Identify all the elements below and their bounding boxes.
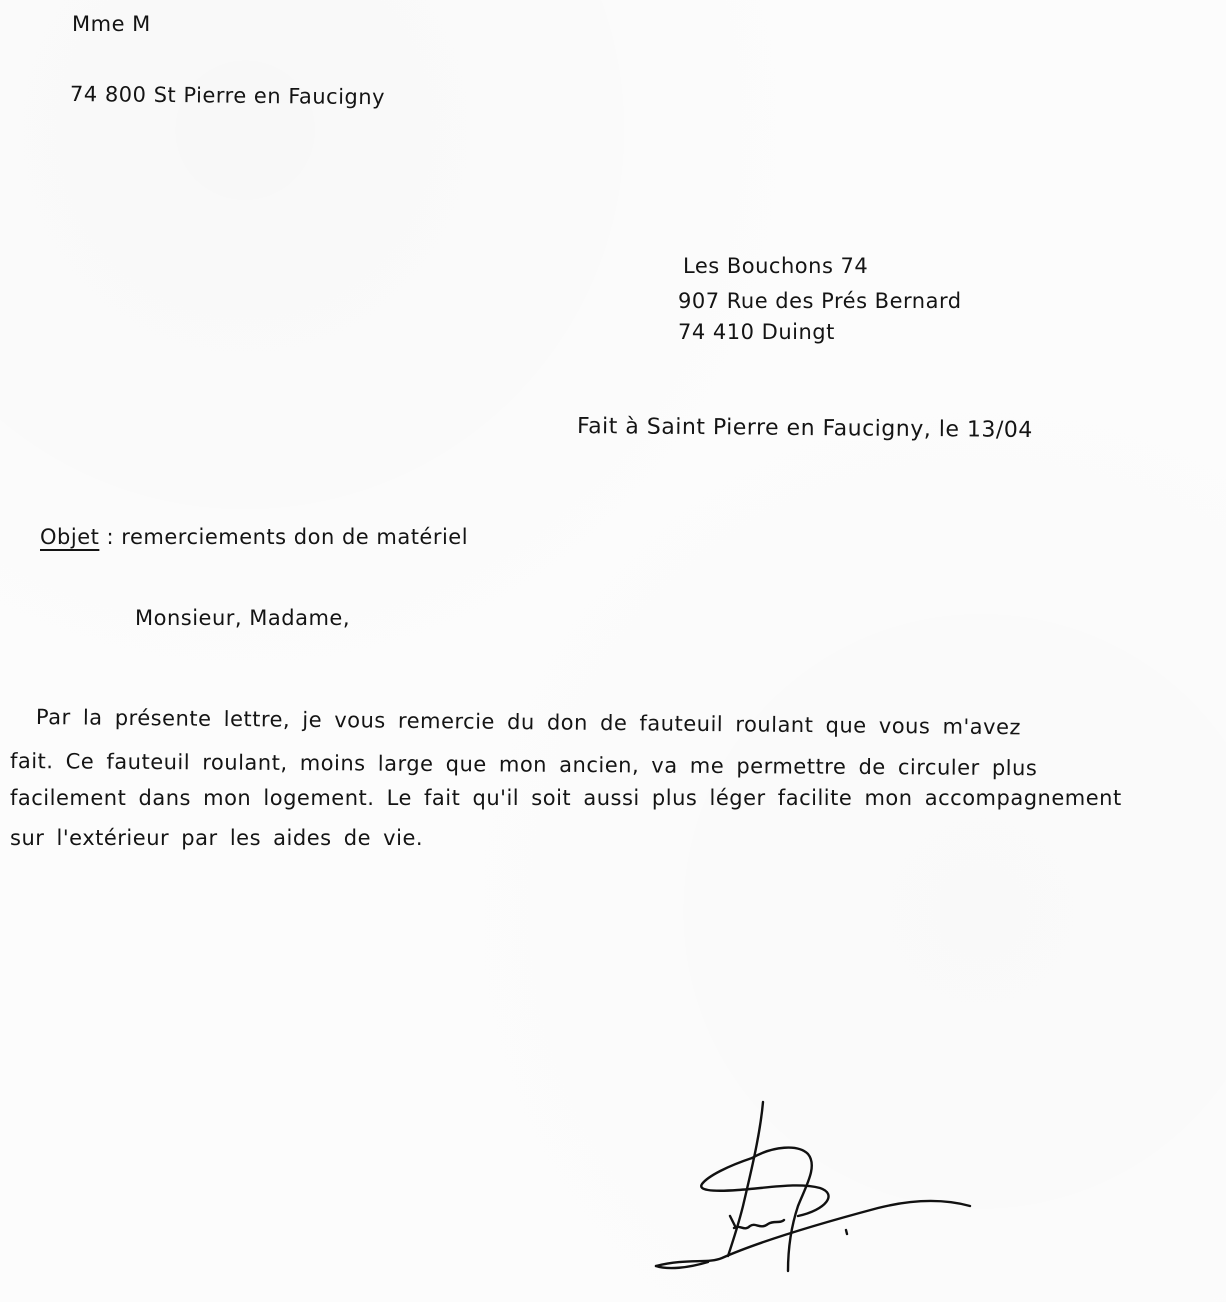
recipient-line-1: Les Bouchons 74 bbox=[683, 254, 868, 278]
recipient-line-3: 74 410 Duingt bbox=[678, 320, 835, 344]
recipient-line-2: 907 Rue des Prés Bernard bbox=[678, 289, 962, 313]
signature-icon bbox=[648, 1096, 988, 1282]
letter-page: Mme M 74 800 St Pierre en Faucigny Les B… bbox=[0, 0, 1226, 1302]
salutation: Monsieur, Madame, bbox=[135, 606, 350, 630]
body-line: facilement dans mon logement. Le fait qu… bbox=[10, 786, 1122, 810]
subject-label: Objet bbox=[40, 525, 99, 549]
sender-address: 74 800 St Pierre en Faucigny bbox=[70, 82, 385, 109]
sender-name: Mme M bbox=[72, 12, 151, 36]
subject-text: remerciements don de matériel bbox=[121, 525, 468, 549]
place-and-date: Fait à Saint Pierre en Faucigny, le 13/0… bbox=[577, 414, 1033, 443]
subject-separator: : bbox=[99, 525, 121, 549]
body-line: sur l'extérieur par les aides de vie. bbox=[10, 826, 423, 850]
body-line: Par la présente lettre, je vous remercie… bbox=[36, 705, 1021, 739]
subject-line: Objet : remerciements don de matériel bbox=[40, 525, 468, 549]
body-line: fait. Ce fauteuil roulant, moins large q… bbox=[10, 749, 1037, 780]
